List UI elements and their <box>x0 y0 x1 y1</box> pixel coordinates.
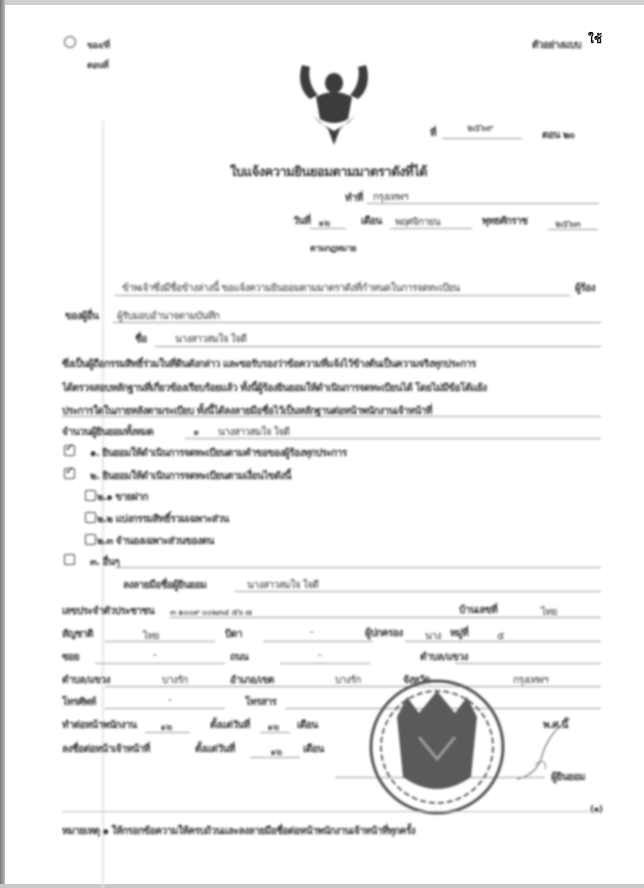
month-label: เดือน <box>361 214 382 229</box>
witness-line1-label: ทำต่อหน้าพนักงาน <box>62 718 137 733</box>
sub-option-3-checkbox[interactable] <box>85 534 96 545</box>
signer-label: ลงลายมือชื่อผู้ยินยอม <box>123 578 207 593</box>
sub-option-1-label: ๒.๑ ขายฝาก <box>97 490 148 505</box>
witness-line2-month: เดือน <box>303 742 324 757</box>
witness-line1-underline <box>145 732 190 733</box>
option-other-checkbox[interactable] <box>64 554 75 565</box>
top-right-label: ตัวอย่างแบบ <box>532 38 581 53</box>
name-underline <box>155 346 601 347</box>
month-underline <box>390 228 472 229</box>
para1-underline1 <box>115 295 570 296</box>
option-2-label: ๒. ยินยอมให้ดำเนินการจดทะเบียนตามเงื่อนไ… <box>90 469 291 484</box>
para1-line1: ข้าพเจ้าซึ่งมีชื่อข้างล่างนี้ ขอแจ้งความ… <box>122 281 460 296</box>
road-underline <box>280 663 370 664</box>
witness-date-label: ตั้งแต่วันที่ <box>210 718 250 733</box>
official-seal-icon <box>367 677 507 817</box>
father-underline <box>263 641 373 642</box>
para2-underline <box>62 416 601 417</box>
district-row-label: ตำบล/แขวง <box>62 673 110 688</box>
number-underline <box>442 138 522 139</box>
nationality-underline <box>105 641 215 642</box>
number-value: ๒๕๖๙ <box>467 121 493 136</box>
count-line-label: จำนวนผู้ยินยอมทั้งหมด <box>62 425 153 440</box>
year-underline <box>548 229 598 230</box>
para2-line2: ได้ตรวจสอบหลักฐานที่เกี่ยวข้องเรียบร้อยแ… <box>62 381 487 396</box>
witness-date-underline <box>260 732 290 733</box>
sub-option-3-label: ๒.๓ จำนองเฉพาะส่วนของตน <box>97 534 214 549</box>
number-suffix: ตอน ๒๐ <box>542 128 575 143</box>
phone-label: โทรศัพท์ <box>62 695 96 710</box>
count-underline <box>185 438 601 439</box>
witness-line2-mid: ตั้งแต่วันที่ <box>195 742 235 757</box>
name-label: ชื่อ <box>135 332 147 347</box>
father-value: - <box>310 627 313 638</box>
option-1-label: ๑. ยินยอมให้ดำเนินการจดทะเบียนตามคำขอของ… <box>90 446 347 461</box>
top-right-crisp-text: ใช้ <box>588 30 602 49</box>
date-label: วันที่ <box>293 214 311 229</box>
sub-option-1-checkbox[interactable] <box>85 490 96 501</box>
phone-value: - <box>168 695 171 706</box>
option-other-underline <box>115 567 601 568</box>
fax-label: โทรสาร <box>245 695 276 710</box>
para1-end: ผู้ร้อง <box>575 281 595 296</box>
document-title: ใบแจ้งความยินยอมตามมาตราดังที่ได้ <box>230 161 427 182</box>
issued-at-label: ทำที่ <box>345 191 363 206</box>
para1-underline2 <box>113 322 601 323</box>
viewer-bottom-edge <box>0 884 644 888</box>
district-underline <box>105 686 601 687</box>
soi-value: - <box>153 650 156 661</box>
top-left-label-1: ของ/ที่ <box>87 38 110 52</box>
soi-label: ซอย <box>62 650 79 665</box>
signature-role: ผู้ยินยอม <box>551 770 585 785</box>
phone-underline <box>105 708 225 709</box>
moo-underline <box>405 641 601 642</box>
top-left-label-2: ตอนที่ <box>87 58 108 72</box>
garuda-emblem-icon <box>288 57 380 149</box>
header-radio-icon <box>64 36 76 48</box>
subdistrict-underline <box>455 663 601 664</box>
para1-label: ของผู้อื่น <box>65 309 98 324</box>
sub-option-2-label: ๒.๒ แบ่งกรรมสิทธิ์รวมเฉพาะส่วน <box>97 512 229 527</box>
road-value: - <box>318 650 321 661</box>
issued-at-underline <box>367 203 599 204</box>
witness-line2-label: ลงชื่อต่อหน้าเจ้าหน้าที่ <box>62 742 150 757</box>
number-prefix: ที่ <box>430 126 436 141</box>
nationality-label: สัญชาติ <box>62 627 93 642</box>
salutation: ตามกฎหมาย <box>310 241 356 255</box>
year-label: พุทธศักราช <box>482 214 527 229</box>
father-label: บิดา <box>225 627 242 642</box>
address-intro: เลขประจำตัวประชาชน <box>62 604 154 619</box>
signer-underline <box>235 591 601 592</box>
footer-divider <box>62 811 601 812</box>
scanned-document-page: ของ/ที่ ตอนที่ ตัวอย่างแบบ ที่ ๒๕๖๙ ตอน … <box>5 5 644 884</box>
option-1-checkbox[interactable] <box>64 445 75 456</box>
witness-month-label: เดือน <box>297 718 318 733</box>
witness-line2-underline <box>250 757 300 758</box>
option-2-checkbox[interactable] <box>64 468 75 479</box>
mother-label: ผู้ปกครอง <box>365 626 403 641</box>
date-day-underline <box>310 228 346 229</box>
name-value: นางสาวสมใจ ใจดี <box>175 332 247 347</box>
footnote: หมายเหตุ ๑ ให้กรอกข้อความให้ครบถ้วนและลง… <box>62 824 415 839</box>
soi-underline <box>95 663 225 664</box>
address-underline1 <box>170 617 601 618</box>
house-no-label: บ้านเลขที่ <box>459 603 497 618</box>
sub-option-2-checkbox[interactable] <box>85 512 96 523</box>
signature-page: (๑) <box>590 802 602 816</box>
road-label: ถนน <box>230 650 248 665</box>
para2-line1: ซึ่งเป็นผู้ถือกรรมสิทธิ์ร่วมในที่ดินดังก… <box>62 357 476 372</box>
moo-label: หมู่ที่ <box>450 626 468 641</box>
